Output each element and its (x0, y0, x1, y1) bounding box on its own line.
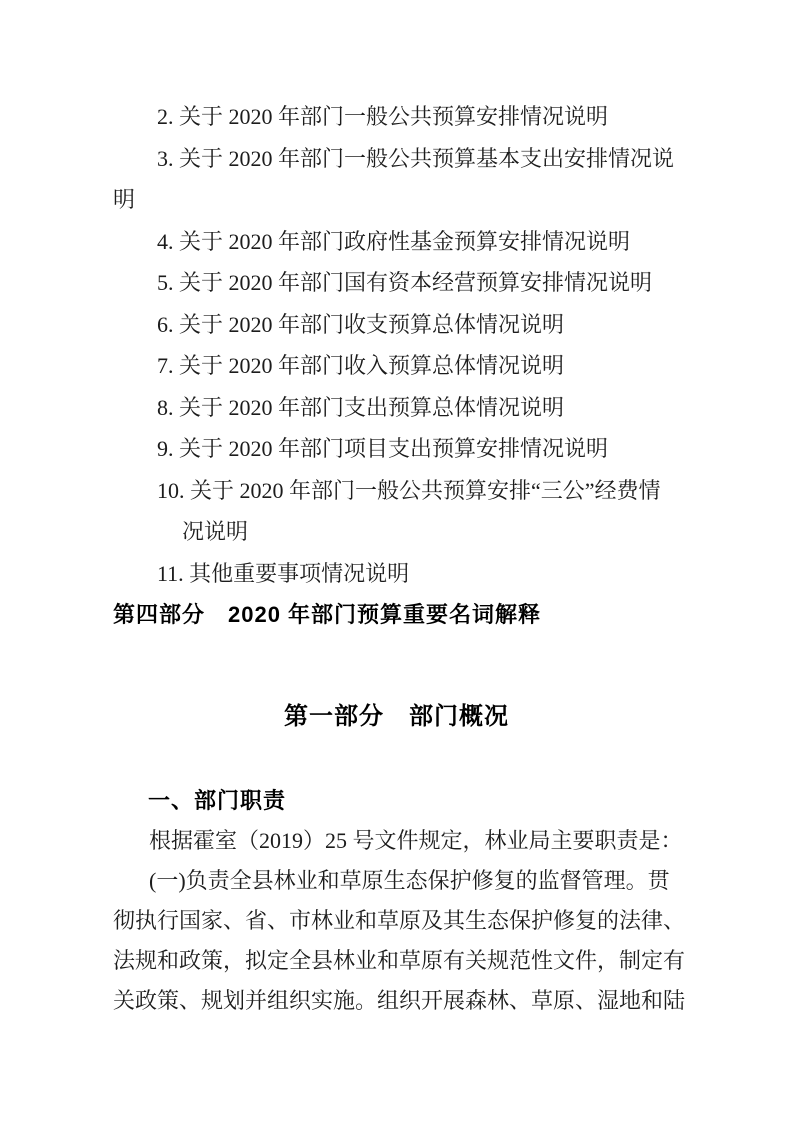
section1-title: 一、部门职责 (113, 781, 680, 821)
toc-line-4: 4. 关于 2020 年部门政府性基金预算安排情况说明 (113, 221, 680, 263)
part1-heading: 第一部分 部门概况 (0, 700, 793, 734)
toc-line-3: 3. 关于 2020 年部门一般公共预算基本支出安排情况说 (113, 138, 680, 180)
toc-line-8: 8. 关于 2020 年部门支出预算总体情况说明 (113, 387, 680, 429)
toc-line-6: 6. 关于 2020 年部门收支预算总体情况说明 (113, 304, 680, 346)
toc-line-5: 5. 关于 2020 年部门国有资本经营预算安排情况说明 (113, 262, 680, 304)
body-line-5: 关政策、规划并组织实施。组织开展森林、草原、湿地和陆 (113, 981, 680, 1021)
body-line-1: 根据霍室（2019）25 号文件规定，林业局主要职责是： (113, 821, 680, 861)
toc-line-10-continuation: 况说明 (113, 511, 680, 553)
document-page: 2. 关于 2020 年部门一般公共预算安排情况说明 3. 关于 2020 年部… (0, 0, 793, 1122)
toc-line-3-continuation: 明 (113, 179, 680, 221)
toc-line-7: 7. 关于 2020 年部门收入预算总体情况说明 (113, 345, 680, 387)
part4-heading: 第四部分 2020 年部门预算重要名词解释 (113, 594, 680, 636)
toc-line-9: 9. 关于 2020 年部门项目支出预算安排情况说明 (113, 428, 680, 470)
body-line-2: (一)负责全县林业和草原生态保护修复的监督管理。贯 (113, 861, 680, 901)
toc-line-2: 2. 关于 2020 年部门一般公共预算安排情况说明 (113, 96, 680, 138)
body-line-3: 彻执行国家、省、市林业和草原及其生态保护修复的法律、 (113, 901, 680, 941)
table-of-contents: 2. 关于 2020 年部门一般公共预算安排情况说明 3. 关于 2020 年部… (113, 96, 680, 636)
body-line-4: 法规和政策，拟定全县林业和草原有关规范性文件，制定有 (113, 941, 680, 981)
section-department-duties: 一、部门职责 根据霍室（2019）25 号文件规定，林业局主要职责是： (一)负… (113, 781, 680, 1021)
toc-line-10: 10. 关于 2020 年部门一般公共预算安排“三公”经费情 (113, 470, 680, 512)
toc-line-11: 11. 其他重要事项情况说明 (113, 553, 680, 595)
